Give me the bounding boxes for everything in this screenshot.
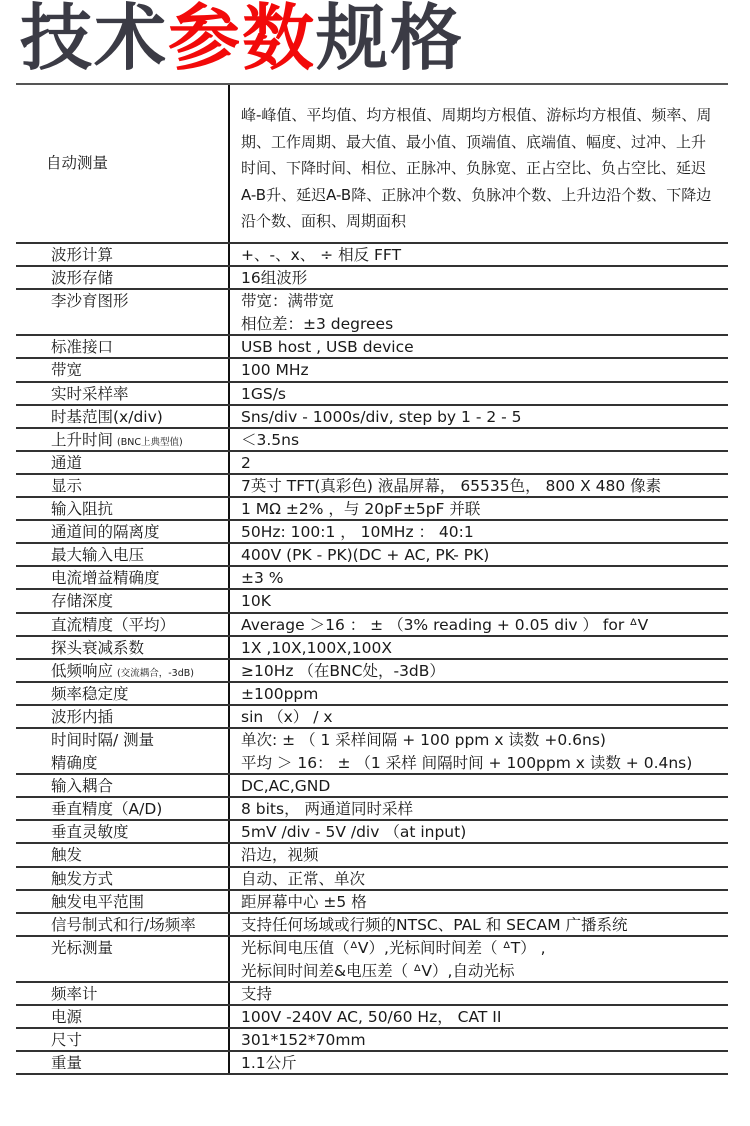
spec-value: 带宽：满带宽 — [241, 290, 728, 313]
spec-value: 100V -240V AC, 50/60 Hz， CAT II — [241, 1006, 728, 1027]
spec-row: 尺寸301*152*70mm — [16, 1029, 728, 1052]
spec-row: 通道间的隔离度50Hz: 100:1 ， 10MHz ： 40:1 — [16, 521, 728, 544]
spec-value: 距屏幕中心 ±5 格 — [241, 891, 728, 912]
spec-value-cell: ＜3.5ns — [230, 429, 728, 450]
spec-value: 100 MHz — [241, 359, 728, 380]
title-part-2-highlight: 参数 — [168, 0, 316, 80]
spec-value-cell: 单次: ± （ 1 采样间隔 + 100 ppm x 读数 +0.6ns)平均 … — [230, 729, 728, 773]
spec-value-cell: 光标间电压值（ᐞV）,光标间时间差（ ᐞT） ,光标间时间差&电压差（ ᐞV）,… — [230, 937, 728, 981]
spec-value-cell: 50Hz: 100:1 ， 10MHz ： 40:1 — [230, 521, 728, 542]
spec-label-cell: 上升时间(BNC上典型值) — [16, 429, 230, 450]
spec-label-cell: 时间时隔/ 测量精确度 — [16, 729, 230, 773]
spec-row: 垂直精度（A/D)8 bits， 两通道同时采样 — [16, 798, 728, 821]
spec-value-cell: ≥10Hz （在BNC处，-3dB） — [230, 660, 728, 681]
spec-label-cell: 时基范围(x/div) — [16, 406, 230, 427]
spec-label: 电源 — [51, 1008, 82, 1026]
spec-label: 光标测量 — [51, 939, 113, 957]
spec-label-cell: 尺寸 — [16, 1029, 230, 1050]
spec-value-cell: Sns/div - 1000s/div, step by 1 - 2 - 5 — [230, 406, 728, 427]
spec-label: 触发电平范围 — [51, 893, 144, 911]
spec-value: ≥10Hz （在BNC处，-3dB） — [241, 660, 728, 681]
spec-value: 1.1公斤 — [241, 1052, 728, 1073]
spec-value: sin （x） / x — [241, 706, 728, 727]
spec-label: 触发方式 — [51, 870, 113, 888]
spec-value: 8 bits， 两通道同时采样 — [241, 798, 728, 819]
spec-value: DC,AC,GND — [241, 775, 728, 796]
spec-label: 重量 — [51, 1054, 82, 1072]
spec-value-cell: 8 bits， 两通道同时采样 — [230, 798, 728, 819]
spec-label-cell: 通道 — [16, 452, 230, 473]
spec-row: 波形存储16组波形 — [16, 267, 728, 290]
spec-value-cell: 沿边，视频 — [230, 844, 728, 865]
spec-value-cell: 自动、正常、单次 — [230, 868, 728, 889]
spec-label-cell: 频率稳定度 — [16, 683, 230, 704]
spec-row: 频率计支持 — [16, 983, 728, 1006]
spec-row: 频率稳定度±100ppm — [16, 683, 728, 706]
spec-label-cell: 电流增益精确度 — [16, 567, 230, 588]
spec-label-cell: 波形存储 — [16, 267, 230, 288]
spec-value: 2 — [241, 452, 728, 473]
spec-value: 支持任何场域或行频的NTSC、PAL 和 SECAM 广播系统 — [241, 914, 728, 935]
spec-row: 探头衰减系数1X ,10X,100X,100X — [16, 637, 728, 660]
spec-label: 尺寸 — [51, 1031, 82, 1049]
spec-value: 1X ,10X,100X,100X — [241, 637, 728, 658]
spec-value-cell: Average ＞16 ： ± （3% reading + 0.05 div ）… — [230, 614, 728, 635]
spec-label-cell: 电源 — [16, 1006, 230, 1027]
spec-row: 时基范围(x/div)Sns/div - 1000s/div, step by … — [16, 406, 728, 429]
spec-label-line-2: 精确度 — [51, 752, 228, 773]
spec-label: 实时采样率 — [51, 385, 129, 403]
spec-row: 波形内插sin （x） / x — [16, 706, 728, 729]
spec-label-cell: 频率计 — [16, 983, 230, 1004]
spec-value: 沿边，视频 — [241, 844, 728, 865]
spec-row: 输入阻抗1 MΩ ±2% ，与 20pF±5pF 并联 — [16, 498, 728, 521]
spec-label: 频率计 — [51, 985, 98, 1003]
spec-label: 标准接口 — [51, 338, 113, 356]
spec-value-cell: USB host , USB device — [230, 336, 728, 357]
spec-label-cell: 信号制式和行/场频率 — [16, 914, 230, 935]
spec-row: 时间时隔/ 测量精确度单次: ± （ 1 采样间隔 + 100 ppm x 读数… — [16, 729, 728, 775]
spec-value: ＜3.5ns — [241, 429, 728, 450]
spec-row: 显示7英寸 TFT(真彩色) 液晶屏幕， 65535色， 800 X 480 像… — [16, 475, 728, 498]
spec-value: 10K — [241, 590, 728, 611]
spec-value-line-2: 平均 ＞ 16： ± （1 采样 间隔时间 + 100ppm x 读数 + 0.… — [241, 752, 728, 773]
spec-label-cell: 通道间的隔离度 — [16, 521, 230, 542]
spec-value-cell: 7英寸 TFT(真彩色) 液晶屏幕， 65535色， 800 X 480 像素 — [230, 475, 728, 496]
spec-row: 垂直灵敏度5mV /div - 5V /div （at input) — [16, 821, 728, 844]
spec-value: 单次: ± （ 1 采样间隔 + 100 ppm x 读数 +0.6ns) — [241, 729, 728, 752]
spec-label: 信号制式和行/场频率 — [51, 916, 196, 934]
spec-value-cell: 10K — [230, 590, 728, 611]
spec-label-cell: 触发 — [16, 844, 230, 865]
spec-label-note: (BNC上典型值) — [117, 437, 183, 448]
spec-value: 16组波形 — [241, 267, 728, 288]
spec-label-note: (交流耦合，-3dB) — [117, 668, 194, 679]
spec-value: 自动、正常、单次 — [241, 868, 728, 889]
spec-row: 波形计算+、-、x、 ÷ 相反 FFT — [16, 244, 728, 267]
spec-label: 频率稳定度 — [51, 685, 129, 703]
spec-row: 通道2 — [16, 452, 728, 475]
spec-label: 垂直灵敏度 — [51, 823, 129, 841]
spec-label: 带宽 — [51, 361, 82, 379]
spec-label: 上升时间 — [51, 431, 113, 449]
title-part-1: 技术 — [20, 0, 168, 80]
spec-value-cell: 支持 — [230, 983, 728, 1004]
spec-label: 最大输入电压 — [51, 546, 144, 564]
spec-value: ±100ppm — [241, 683, 728, 704]
spec-row: 电流增益精确度±3 % — [16, 567, 728, 590]
spec-label-cell: 探头衰减系数 — [16, 637, 230, 658]
spec-label-cell: 输入阻抗 — [16, 498, 230, 519]
spec-value-cell: ±3 % — [230, 567, 728, 588]
spec-value-cell: 400V (PK - PK)(DC + AC, PK- PK) — [230, 544, 728, 565]
spec-value: 光标间电压值（ᐞV）,光标间时间差（ ᐞT） , — [241, 937, 728, 960]
spec-row: 光标测量光标间电压值（ᐞV）,光标间时间差（ ᐞT） ,光标间时间差&电压差（ … — [16, 937, 728, 983]
spec-label-cell: 输入耦合 — [16, 775, 230, 796]
spec-value-cell: ±100ppm — [230, 683, 728, 704]
spec-value: 峰-峰值、平均值、均方根值、周期均方根值、游标均方根值、频率、周期、工作周期、最… — [230, 85, 728, 242]
spec-value-cell: 2 — [230, 452, 728, 473]
spec-label: 输入耦合 — [51, 777, 113, 795]
spec-row: 李沙育图形带宽：满带宽相位差：±3 degrees — [16, 290, 728, 336]
spec-label-cell: 存储深度 — [16, 590, 230, 611]
spec-value: 50Hz: 100:1 ， 10MHz ： 40:1 — [241, 521, 728, 542]
spec-label: 存储深度 — [51, 592, 113, 610]
spec-label: 自动测量 — [16, 85, 230, 242]
spec-row: 信号制式和行/场频率支持任何场域或行频的NTSC、PAL 和 SECAM 广播系… — [16, 914, 728, 937]
spec-row: 标准接口USB host , USB device — [16, 336, 728, 359]
spec-value: Average ＞16 ： ± （3% reading + 0.05 div ）… — [241, 614, 728, 635]
spec-value: 支持 — [241, 983, 728, 1004]
spec-label: 通道 — [51, 454, 82, 472]
spec-value: +、-、x、 ÷ 相反 FFT — [241, 244, 728, 265]
spec-value-cell: 16组波形 — [230, 267, 728, 288]
spec-row: 上升时间(BNC上典型值)＜3.5ns — [16, 429, 728, 452]
spec-value-cell: 距屏幕中心 ±5 格 — [230, 891, 728, 912]
spec-label: 电流增益精确度 — [51, 569, 160, 587]
title-part-3: 规格 — [316, 0, 464, 80]
spec-value-cell: 100 MHz — [230, 359, 728, 380]
spec-label: 输入阻抗 — [51, 500, 113, 518]
spec-value-cell: 支持任何场域或行频的NTSC、PAL 和 SECAM 广播系统 — [230, 914, 728, 935]
spec-label-cell: 实时采样率 — [16, 383, 230, 404]
spec-row: 触发沿边，视频 — [16, 844, 728, 867]
spec-label-cell: 标准接口 — [16, 336, 230, 357]
spec-label: 李沙育图形 — [51, 292, 129, 310]
spec-value-cell: +、-、x、 ÷ 相反 FFT — [230, 244, 728, 265]
spec-label-cell: 重量 — [16, 1052, 230, 1073]
spec-value-line-2: 光标间时间差&电压差（ ᐞV）,自动光标 — [241, 960, 728, 981]
spec-row: 触发电平范围距屏幕中心 ±5 格 — [16, 891, 728, 914]
spec-value: USB host , USB device — [241, 336, 728, 357]
spec-label-cell: 垂直精度（A/D) — [16, 798, 230, 819]
spec-value-cell: 1GS/s — [230, 383, 728, 404]
spec-value: 7英寸 TFT(真彩色) 液晶屏幕， 65535色， 800 X 480 像素 — [241, 475, 728, 496]
spec-label-cell: 触发方式 — [16, 868, 230, 889]
spec-value: Sns/div - 1000s/div, step by 1 - 2 - 5 — [241, 406, 728, 427]
spec-label: 波形内插 — [51, 708, 113, 726]
spec-label: 低频响应 — [51, 662, 113, 680]
spec-row: 电源100V -240V AC, 50/60 Hz， CAT II — [16, 1006, 728, 1029]
spec-value-line-2: 相位差：±3 degrees — [241, 313, 728, 334]
spec-row: 直流精度（平均）Average ＞16 ： ± （3% reading + 0.… — [16, 614, 728, 637]
spec-label-cell: 波形内插 — [16, 706, 230, 727]
spec-value-cell: DC,AC,GND — [230, 775, 728, 796]
spec-label-cell: 最大输入电压 — [16, 544, 230, 565]
spec-label: 垂直精度（A/D) — [51, 800, 162, 818]
spec-row: 低频响应(交流耦合，-3dB)≥10Hz （在BNC处，-3dB） — [16, 660, 728, 683]
spec-value-cell: 带宽：满带宽相位差：±3 degrees — [230, 290, 728, 334]
spec-row: 存储深度10K — [16, 590, 728, 613]
spec-row: 输入耦合DC,AC,GND — [16, 775, 728, 798]
spec-label: 直流精度（平均） — [51, 616, 175, 634]
spec-row: 重量1.1公斤 — [16, 1052, 728, 1075]
spec-value: 5mV /div - 5V /div （at input) — [241, 821, 728, 842]
spec-label: 波形存储 — [51, 269, 113, 287]
spec-value: 1GS/s — [241, 383, 728, 404]
spec-label-cell: 触发电平范围 — [16, 891, 230, 912]
spec-label: 探头衰减系数 — [51, 639, 144, 657]
spec-value: 400V (PK - PK)(DC + AC, PK- PK) — [241, 544, 728, 565]
spec-label-cell: 直流精度（平均） — [16, 614, 230, 635]
spec-value: 1 MΩ ±2% ，与 20pF±5pF 并联 — [241, 498, 728, 519]
spec-row: 最大输入电压400V (PK - PK)(DC + AC, PK- PK) — [16, 544, 728, 567]
spec-value-cell: 1 MΩ ±2% ，与 20pF±5pF 并联 — [230, 498, 728, 519]
spec-table: 自动测量 峰-峰值、平均值、均方根值、周期均方根值、游标均方根值、频率、周期、工… — [16, 83, 728, 1075]
spec-label: 时间时隔/ 测量 — [51, 729, 228, 752]
spec-label: 显示 — [51, 477, 82, 495]
spec-value-cell: 1X ,10X,100X,100X — [230, 637, 728, 658]
spec-value-cell: 100V -240V AC, 50/60 Hz， CAT II — [230, 1006, 728, 1027]
spec-value-cell: 301*152*70mm — [230, 1029, 728, 1050]
spec-label: 通道间的隔离度 — [51, 523, 160, 541]
spec-row-auto-measure: 自动测量 峰-峰值、平均值、均方根值、周期均方根值、游标均方根值、频率、周期、工… — [16, 85, 728, 244]
spec-label-cell: 垂直灵敏度 — [16, 821, 230, 842]
spec-label: 波形计算 — [51, 246, 113, 264]
spec-label: 触发 — [51, 846, 82, 864]
spec-value: 301*152*70mm — [241, 1029, 728, 1050]
spec-label-cell: 显示 — [16, 475, 230, 496]
spec-label-cell: 带宽 — [16, 359, 230, 380]
spec-label-cell: 波形计算 — [16, 244, 230, 265]
page-title: 技术参数规格 — [20, 0, 464, 80]
spec-label-cell: 光标测量 — [16, 937, 230, 981]
spec-label: 时基范围(x/div) — [51, 408, 163, 426]
spec-value-cell: 5mV /div - 5V /div （at input) — [230, 821, 728, 842]
spec-value-cell: sin （x） / x — [230, 706, 728, 727]
spec-row: 触发方式自动、正常、单次 — [16, 868, 728, 891]
spec-row: 带宽100 MHz — [16, 359, 728, 382]
spec-value: ±3 % — [241, 567, 728, 588]
spec-row: 实时采样率1GS/s — [16, 383, 728, 406]
spec-value-cell: 1.1公斤 — [230, 1052, 728, 1073]
spec-label-cell: 李沙育图形 — [16, 290, 230, 334]
spec-label-cell: 低频响应(交流耦合，-3dB) — [16, 660, 230, 681]
